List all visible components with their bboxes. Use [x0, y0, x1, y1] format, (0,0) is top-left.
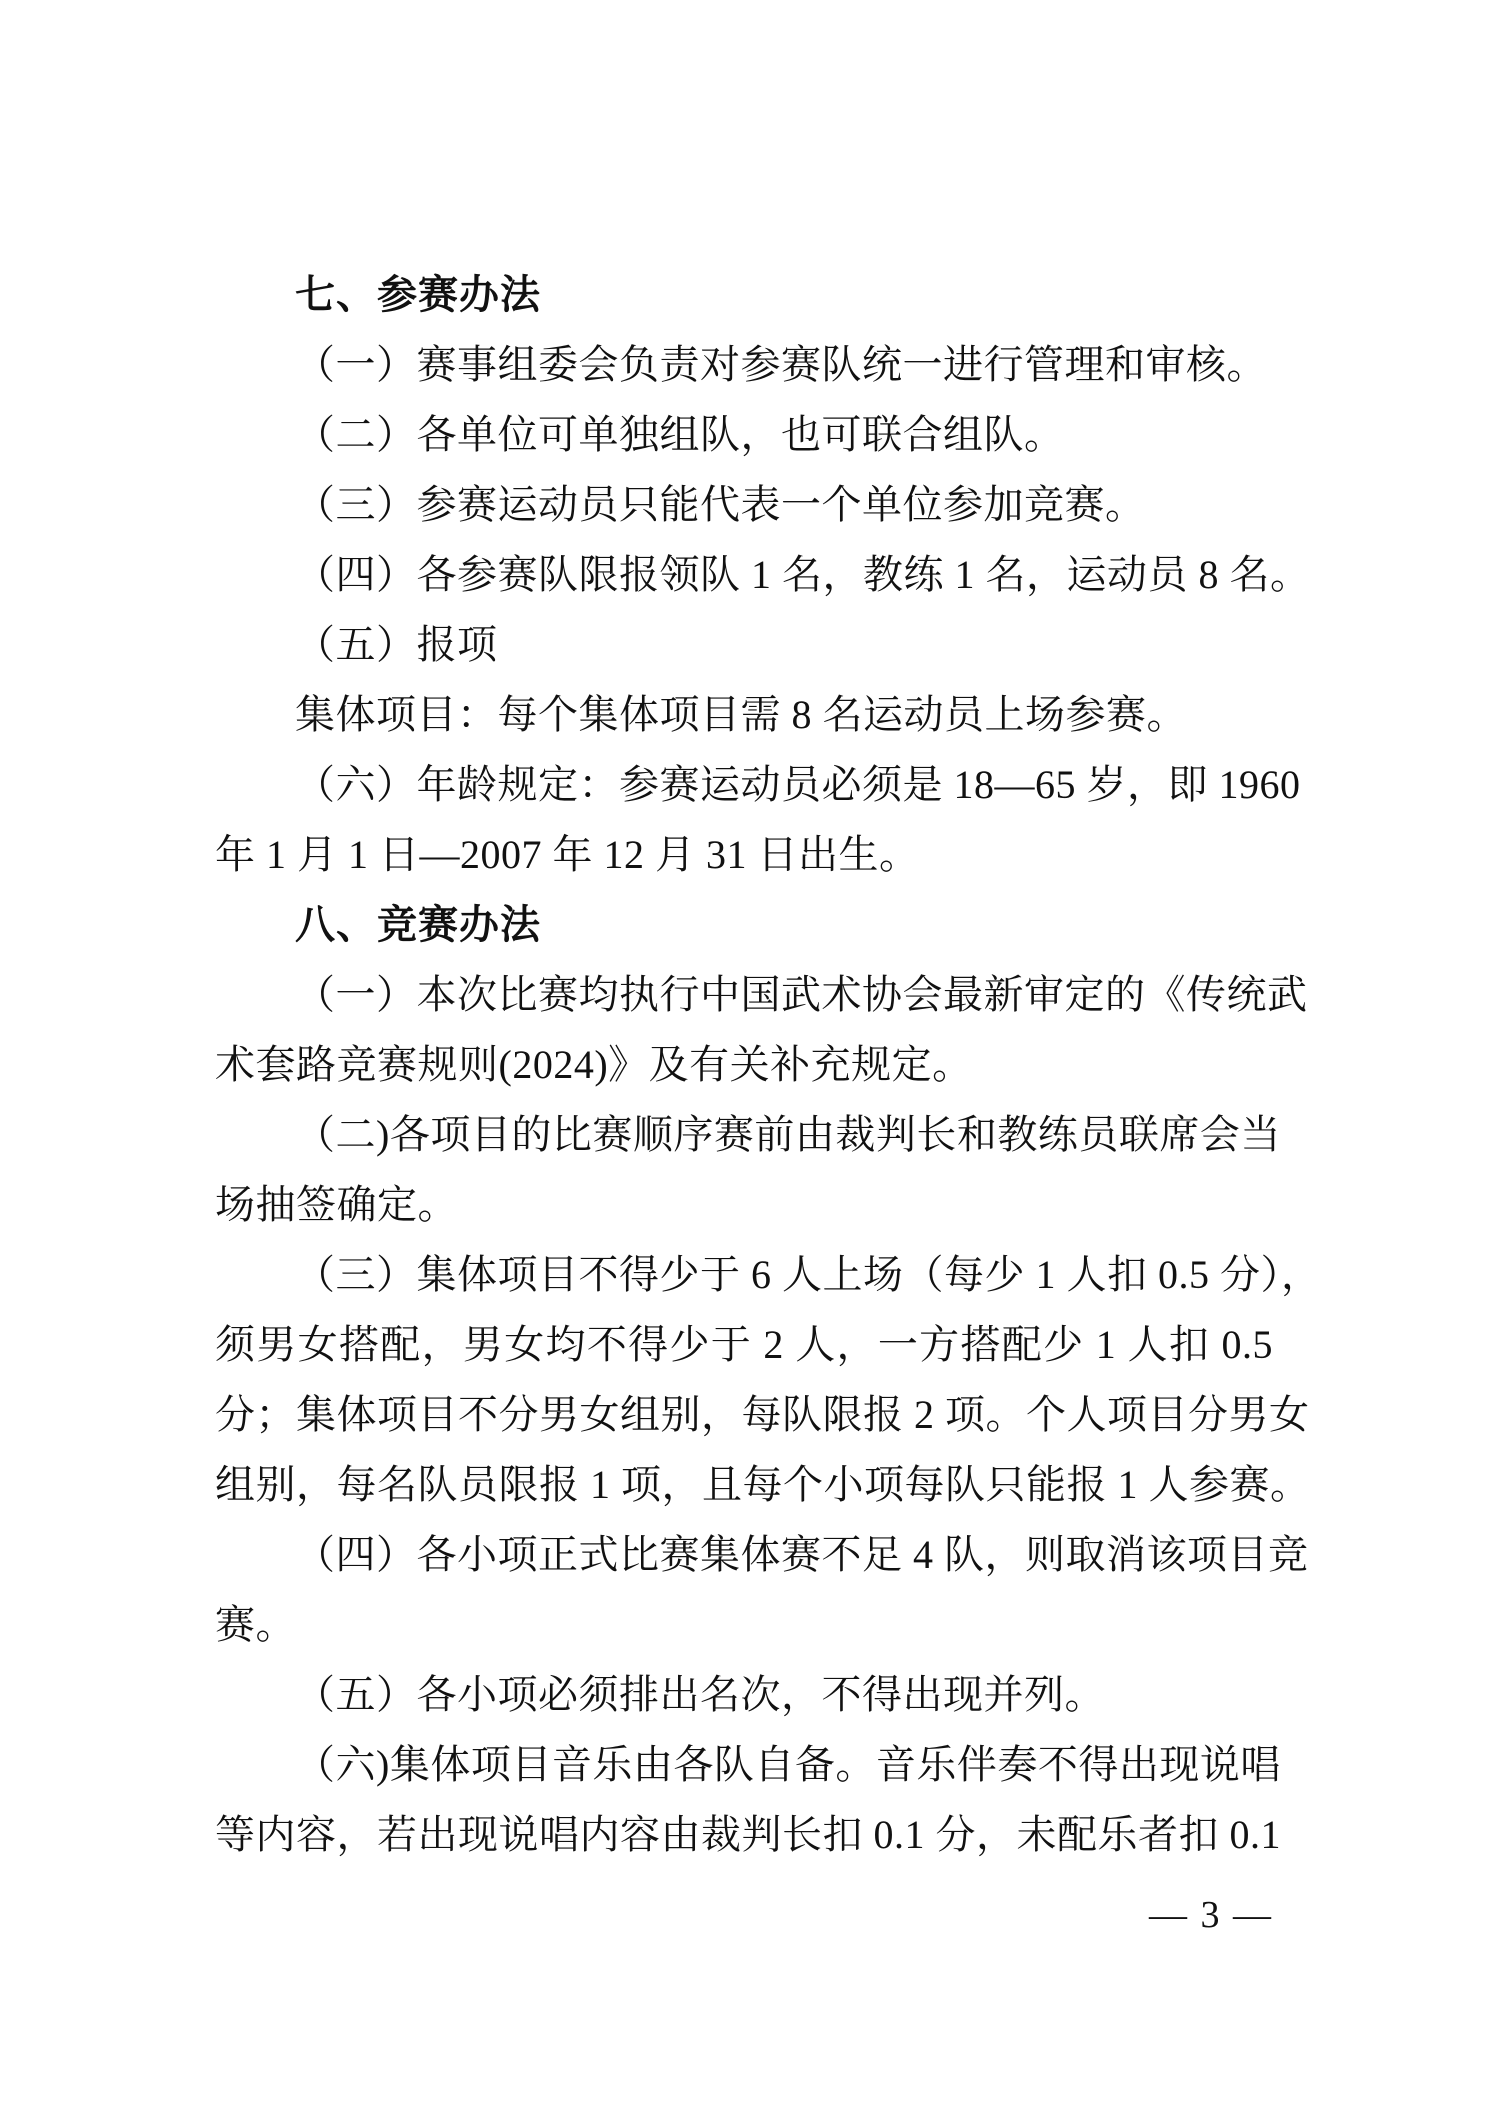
document-line: （二)各项目的比赛顺序赛前由裁判长和教练员联席会当	[215, 1100, 1273, 1170]
document-line: （四）各小项正式比赛集体赛不足 4 队，则取消该项目竞	[215, 1520, 1273, 1590]
page-number: — 3 —	[1149, 1893, 1273, 1937]
document-line: （五）报项	[215, 610, 1273, 680]
document-body: 七、参赛办法（一）赛事组委会负责对参赛队统一进行管理和审核。（二）各单位可单独组…	[215, 260, 1273, 1870]
document-line: 分；集体项目不分男女组别，每队限报 2 项。个人项目分男女	[215, 1380, 1273, 1450]
document-line: 场抽签确定。	[215, 1170, 1273, 1240]
document-line: （三）集体项目不得少于 6 人上场（每少 1 人扣 0.5 分），	[215, 1240, 1273, 1310]
section-heading: 七、参赛办法	[215, 260, 1273, 330]
document-line: （二）各单位可单独组队，也可联合组队。	[215, 400, 1273, 470]
document-line: 年 1 月 1 日—2007 年 12 月 31 日出生。	[215, 820, 1273, 890]
document-line: （一）赛事组委会负责对参赛队统一进行管理和审核。	[215, 330, 1273, 400]
document-line: 等内容，若出现说唱内容由裁判长扣 0.1 分，未配乐者扣 0.1	[215, 1800, 1273, 1870]
section-heading: 八、竞赛办法	[215, 890, 1273, 960]
document-line: （六)集体项目音乐由各队自备。音乐伴奏不得出现说唱	[215, 1730, 1273, 1800]
document-line: 组别，每名队员限报 1 项，且每个小项每队只能报 1 人参赛。	[215, 1450, 1273, 1520]
document-line: （三）参赛运动员只能代表一个单位参加竞赛。	[215, 470, 1273, 540]
document-line: 集体项目：每个集体项目需 8 名运动员上场参赛。	[215, 680, 1273, 750]
document-line: （四）各参赛队限报领队 1 名，教练 1 名，运动员 8 名。	[215, 540, 1273, 610]
document-page: 七、参赛办法（一）赛事组委会负责对参赛队统一进行管理和审核。（二）各单位可单独组…	[0, 0, 1488, 2104]
document-line: 术套路竞赛规则(2024)》及有关补充规定。	[215, 1030, 1273, 1100]
document-line: 赛。	[215, 1590, 1273, 1660]
document-line: （五）各小项必须排出名次，不得出现并列。	[215, 1660, 1273, 1730]
document-line: （六）年龄规定：参赛运动员必须是 18—65 岁，即 1960	[215, 750, 1273, 820]
document-line: 须男女搭配，男女均不得少于 2 人，一方搭配少 1 人扣 0.5	[215, 1310, 1273, 1380]
document-line: （一）本次比赛均执行中国武术协会最新审定的《传统武	[215, 960, 1273, 1030]
